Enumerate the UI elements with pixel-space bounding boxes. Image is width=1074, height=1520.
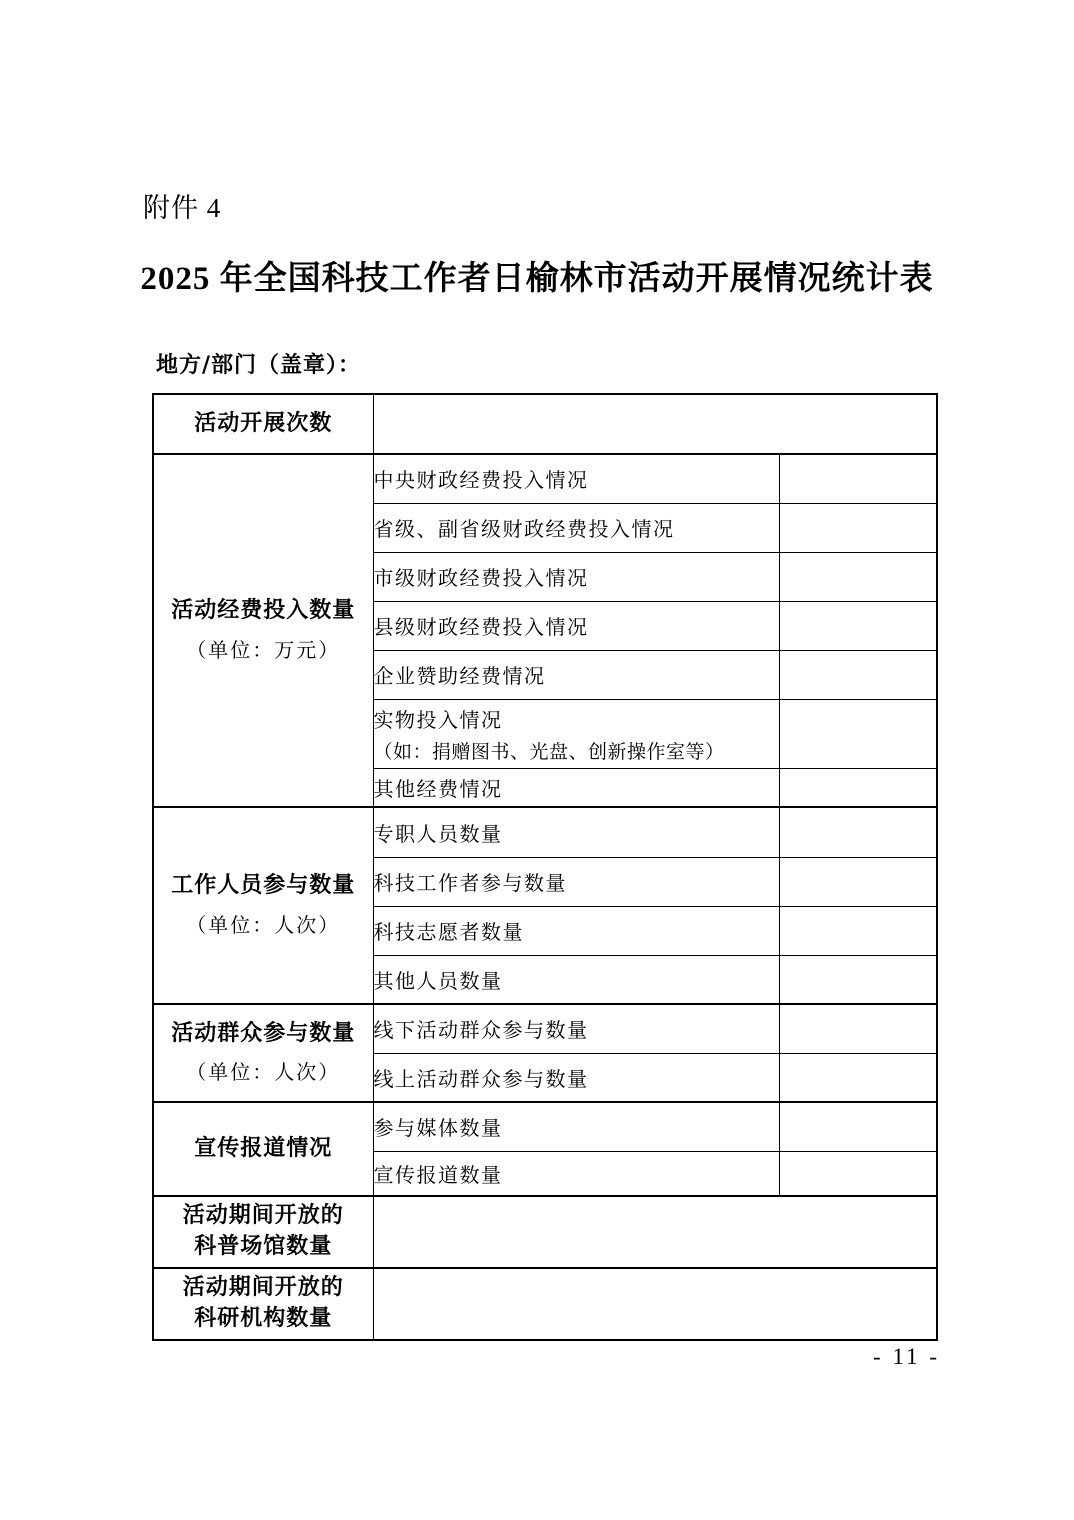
row-institutes: 活动期间开放的 科研机构数量 [153,1268,937,1340]
institutes-value-cell [373,1268,937,1340]
activity-count-value-cell [373,394,937,454]
media-group-header: 宣传报道情况 [153,1102,373,1196]
funding-item-label-5-line2: （如：捐赠图书、光盘、创新操作室等） [374,737,779,764]
funding-item-value-4 [779,650,937,699]
funding-item-label-2: 市级财政经费投入情况 [373,552,779,601]
venues-value-cell [373,1196,937,1268]
institutes-label: 活动期间开放的 科研机构数量 [153,1268,373,1340]
media-item-label-1: 宣传报道数量 [373,1151,779,1196]
row-audience-0: 活动群众参与数量 （单位：人次） 线下活动群众参与数量 [153,1004,937,1053]
funding-item-label-6: 其他经费情况 [373,768,779,807]
staff-item-value-2 [779,906,937,955]
funding-item-value-2 [779,552,937,601]
funding-item-label-3: 县级财政经费投入情况 [373,601,779,650]
row-venues: 活动期间开放的 科普场馆数量 [153,1196,937,1268]
row-funding-0: 活动经费投入数量 （单位：万元） 中央财政经费投入情况 [153,454,937,503]
venues-label: 活动期间开放的 科普场馆数量 [153,1196,373,1268]
funding-item-value-6 [779,768,937,807]
staff-item-value-3 [779,955,937,1004]
staff-item-label-0: 专职人员数量 [373,807,779,857]
staff-group-header: 工作人员参与数量 （单位：人次） [153,807,373,1004]
activity-count-label: 活动开展次数 [153,394,373,454]
document-title: 2025 年全国科技工作者日榆林市活动开展情况统计表 [0,252,1074,299]
institutes-label-line1: 活动期间开放的 [154,1273,373,1304]
audience-item-value-1 [779,1053,937,1102]
staff-item-value-1 [779,857,937,906]
staff-group-label: 工作人员参与数量 [154,871,373,902]
funding-item-label-5: 实物投入情况 （如：捐赠图书、光盘、创新操作室等） [373,699,779,768]
media-item-label-0: 参与媒体数量 [373,1102,779,1151]
audience-group-unit: （单位：人次） [154,1059,373,1087]
staff-item-label-3: 其他人员数量 [373,955,779,1004]
staff-group-unit: （单位：人次） [154,912,373,940]
row-activity-count: 活动开展次数 [153,394,937,454]
attachment-label: 附件 4 [143,186,221,225]
media-group-label: 宣传报道情况 [154,1134,373,1165]
funding-item-value-1 [779,503,937,552]
staff-item-value-0 [779,807,937,857]
statistics-table: 活动开展次数 活动经费投入数量 （单位：万元） 中央财政经费投入情况 省级、副省… [152,393,938,1341]
page-number: - 11 - [0,1344,940,1370]
audience-item-label-1: 线上活动群众参与数量 [373,1053,779,1102]
row-media-0: 宣传报道情况 参与媒体数量 [153,1102,937,1151]
funding-item-value-0 [779,454,937,503]
audience-item-label-0: 线下活动群众参与数量 [373,1004,779,1053]
row-staff-0: 工作人员参与数量 （单位：人次） 专职人员数量 [153,807,937,857]
funding-item-label-4: 企业赞助经费情况 [373,650,779,699]
media-item-value-0 [779,1102,937,1151]
funding-item-value-5 [779,699,937,768]
document-page: 附件 4 2025 年全国科技工作者日榆林市活动开展情况统计表 地方/部门（盖章… [0,0,1074,1520]
staff-item-label-1: 科技工作者参与数量 [373,857,779,906]
audience-group-label: 活动群众参与数量 [154,1019,373,1050]
seal-line-label: 地方/部门（盖章）： [156,348,361,379]
audience-item-value-0 [779,1004,937,1053]
funding-group-unit: （单位：万元） [154,637,373,665]
venues-label-line1: 活动期间开放的 [154,1201,373,1232]
institutes-label-line2: 科研机构数量 [154,1304,373,1335]
funding-group-label: 活动经费投入数量 [154,596,373,627]
staff-item-label-2: 科技志愿者数量 [373,906,779,955]
funding-item-label-1: 省级、副省级财政经费投入情况 [373,503,779,552]
funding-item-label-0: 中央财政经费投入情况 [373,454,779,503]
audience-group-header: 活动群众参与数量 （单位：人次） [153,1004,373,1102]
venues-label-line2: 科普场馆数量 [154,1232,373,1263]
funding-item-label-5-line1: 实物投入情况 [374,704,779,733]
funding-item-value-3 [779,601,937,650]
media-item-value-1 [779,1151,937,1196]
funding-group-header: 活动经费投入数量 （单位：万元） [153,454,373,807]
